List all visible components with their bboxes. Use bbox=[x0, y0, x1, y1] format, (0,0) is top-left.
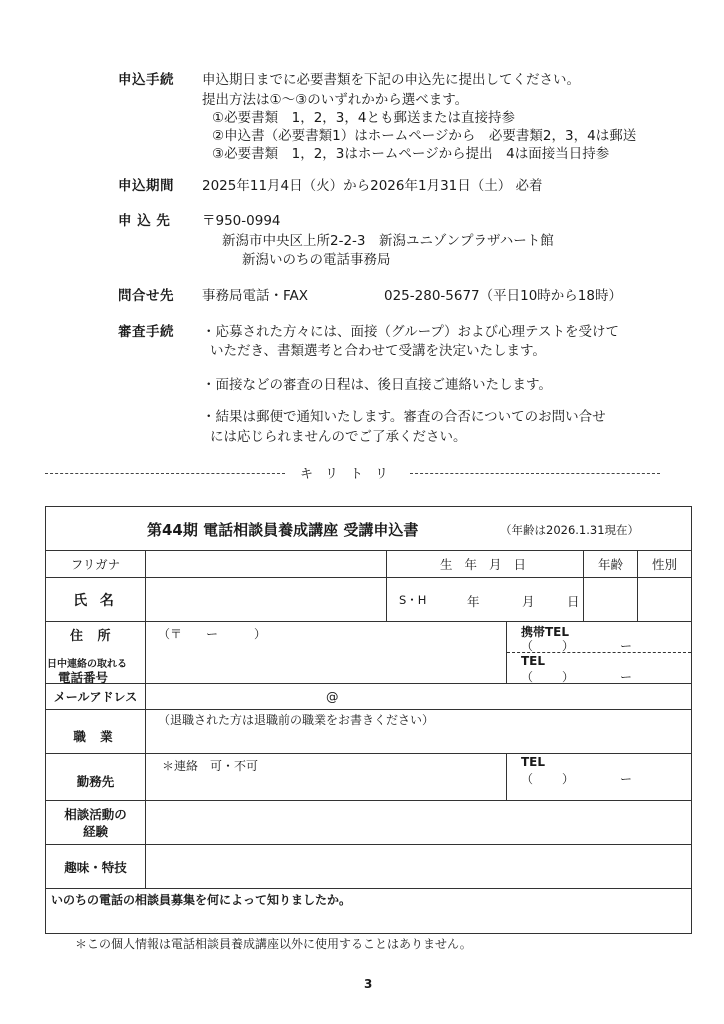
birthdate-header: 生 年 月 日 bbox=[387, 551, 584, 578]
sex-field[interactable] bbox=[638, 578, 692, 622]
destination-label: 申 込 先 bbox=[118, 209, 170, 229]
procedure-line: 提出方法は①～③のいずれかから選べます。 bbox=[202, 88, 468, 108]
phone-cell: 携帯TEL （ ） ー TEL （ ） ー bbox=[507, 622, 692, 684]
cut-line-right bbox=[410, 473, 660, 474]
email-field[interactable]: @ bbox=[146, 684, 692, 710]
occupation-note: （退職された方は退職前の職業をお書きください） bbox=[158, 711, 434, 728]
address-label: 住 所 bbox=[70, 625, 116, 644]
tel-label: TEL bbox=[521, 654, 545, 668]
address-field[interactable]: （〒 ー ） bbox=[146, 622, 507, 684]
contact-phone: 025-280-5677（平日10時から18時） bbox=[384, 284, 622, 304]
screening-bullet-cont: いただき、書類選考と合わせて受講を決定いたします。 bbox=[210, 339, 546, 359]
experience-field[interactable] bbox=[146, 801, 692, 845]
name-label: 氏 名 bbox=[46, 578, 146, 622]
workplace-field[interactable]: ＊連絡 可・不可 bbox=[146, 754, 507, 801]
form-title-cell: 第44期 電話相談員養成講座 受講申込書 （年齢は2026.1.31現在） bbox=[46, 507, 692, 551]
birthdate-era: S・H bbox=[399, 592, 426, 608]
birthdate-day: 日 bbox=[567, 592, 580, 610]
contact-name: 事務局電話・FAX bbox=[202, 284, 308, 304]
form-title-note: （年齢は2026.1.31現在） bbox=[500, 522, 639, 538]
birthdate-field[interactable]: S・H 年 月 日 bbox=[387, 578, 584, 622]
tel-dash: ー bbox=[620, 668, 632, 685]
workplace-tel-open: （ bbox=[521, 770, 533, 787]
furigana-label: フリガナ bbox=[46, 551, 146, 578]
how-known-question: いのちの電話の相談員募集を何によって知りましたか。 bbox=[51, 891, 351, 908]
procedure-option-1: ①必要書類 1，2，3，4とも郵送または直接持参 bbox=[212, 106, 515, 126]
cut-line-label: キリトリ bbox=[300, 463, 400, 482]
occupation-field[interactable]: （退職された方は退職前の職業をお書きください） bbox=[146, 710, 692, 754]
birthdate-year: 年 bbox=[467, 592, 480, 610]
workplace-tel-dash: ー bbox=[620, 770, 632, 787]
destination-address: 新潟市中央区上所2-2-3 新潟ユニゾンプラザハート館 bbox=[222, 229, 554, 249]
procedure-label: 申込手続 bbox=[118, 68, 174, 88]
screening-bullet: ・面接などの審査の日程は、後日直接ご連絡いたします。 bbox=[202, 373, 552, 393]
address-phone-label-cell: 住 所 日中連絡の取れる 電話番号 bbox=[46, 622, 146, 684]
sex-header: 性別 bbox=[638, 551, 692, 578]
workplace-tel-label: TEL bbox=[521, 755, 545, 769]
experience-label-cell: 相談活動の 経験 bbox=[46, 801, 146, 845]
hobby-field[interactable] bbox=[146, 845, 692, 889]
mobile-tel-field[interactable]: 携帯TEL （ ） ー bbox=[507, 622, 691, 652]
address-postal: （〒 ー ） bbox=[158, 625, 266, 642]
furigana-field[interactable] bbox=[146, 551, 387, 578]
birthdate-month: 月 bbox=[522, 592, 535, 610]
form-title: 第44期 電話相談員養成講座 受講申込書 bbox=[147, 519, 418, 540]
age-field[interactable] bbox=[584, 578, 638, 622]
screening-bullet: ・結果は郵便で通知いたします。審査の合否についてのお問い合せ bbox=[202, 405, 606, 425]
workplace-label: 勤務先 bbox=[46, 754, 146, 801]
tel-field[interactable]: TEL （ ） ー bbox=[507, 653, 691, 683]
hobby-label: 趣味・特技 bbox=[46, 845, 146, 889]
how-known-field[interactable]: いのちの電話の相談員募集を何によって知りましたか。 bbox=[46, 889, 692, 934]
workplace-tel-field[interactable]: TEL （ ） ー bbox=[507, 754, 692, 801]
destination-postal: 〒950-0994 bbox=[202, 209, 281, 229]
cut-line-left bbox=[45, 473, 285, 474]
age-header: 年齢 bbox=[584, 551, 638, 578]
application-form: 第44期 電話相談員養成講座 受講申込書 （年齢は2026.1.31現在） フリ… bbox=[45, 506, 692, 934]
procedure-line: 申込期日までに必要書類を下記の申込先に提出してください。 bbox=[202, 68, 580, 88]
period-label: 申込期間 bbox=[118, 174, 174, 194]
tel-open: （ bbox=[521, 668, 533, 685]
page-number: 3 bbox=[364, 977, 372, 991]
destination-office: 新潟いのちの電話事務局 bbox=[242, 248, 391, 268]
contact-label: 問合せ先 bbox=[118, 284, 174, 304]
screening-bullet-cont: には応じられませんのでご了承ください。 bbox=[210, 425, 467, 445]
experience-label-2: 経験 bbox=[46, 823, 145, 840]
period-value: 2025年11月4日（火）から2026年1月31日（土） 必着 bbox=[202, 174, 543, 194]
name-field[interactable] bbox=[146, 578, 387, 622]
screening-label: 審査手続 bbox=[118, 320, 174, 340]
privacy-note: ＊この個人情報は電話相談員養成講座以外に使用することはありません。 bbox=[75, 935, 472, 952]
occupation-label: 職 業 bbox=[46, 710, 146, 754]
workplace-contact-option: ＊連絡 可・不可 bbox=[162, 757, 258, 774]
screening-bullet: ・応募された方々には、面接（グループ）および心理テストを受けて bbox=[202, 320, 619, 340]
email-at: @ bbox=[326, 689, 339, 704]
experience-label: 相談活動の bbox=[46, 806, 145, 823]
procedure-option-2: ②申込書（必要書類1）はホームページから 必要書類2，3，4は郵送 bbox=[212, 124, 636, 144]
email-label: メールアドレス bbox=[46, 684, 146, 710]
tel-close: ） bbox=[562, 668, 574, 685]
procedure-option-3: ③必要書類 1，2，3はホームページから提出 4は面接当日持参 bbox=[212, 142, 609, 162]
workplace-tel-close: ） bbox=[562, 770, 574, 787]
